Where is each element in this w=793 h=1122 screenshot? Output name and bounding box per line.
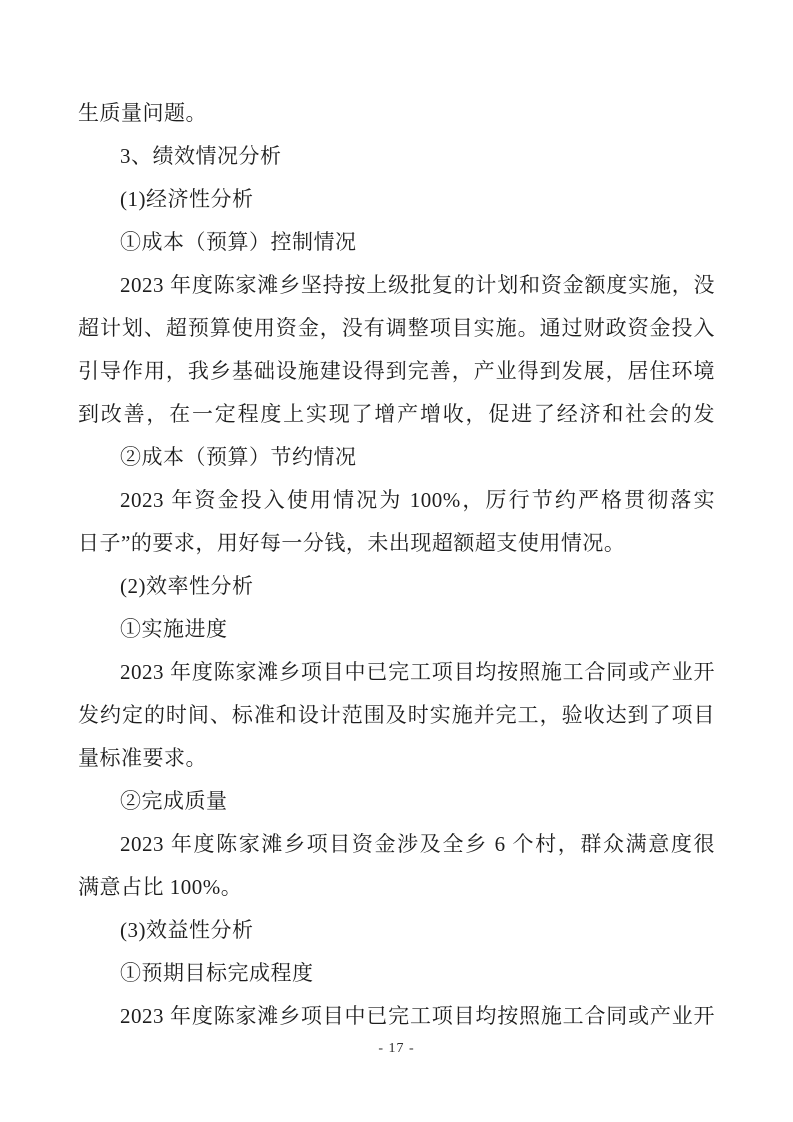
paragraph-line: 量标准要求。 [78, 737, 715, 780]
paragraph-line: 满意占比 100%。 [78, 866, 715, 909]
heading-cost-saving: ②成本（预算）节约情况 [78, 436, 715, 479]
page-number: - 17 - [378, 1041, 414, 1056]
paragraph-line: 引导作用，我乡基础设施建设得到完善，产业得到发展，居住环境得 [78, 350, 715, 393]
paragraph-line: 到改善，在一定程度上实现了增产增收，促进了经济和社会的发展。 [78, 393, 715, 436]
paragraph-line: 2023 年度陈家滩乡项目中已完工项目均按照施工合同或产业开 [78, 651, 715, 694]
paragraph-line: 2023 年资金投入使用情况为 100%，厉行节约严格贯彻落实过“紧 [78, 479, 715, 522]
heading-benefit-analysis: (3)效益性分析 [78, 909, 715, 952]
paragraph-line: 超计划、超预算使用资金，没有调整项目实施。通过财政资金投入和 [78, 307, 715, 350]
paragraph-line: 2023 年度陈家滩乡坚持按上级批复的计划和资金额度实施，没有 [78, 264, 715, 307]
heading-implementation-progress: ①实施进度 [78, 608, 715, 651]
heading-cost-control: ①成本（预算）控制情况 [78, 221, 715, 264]
heading-performance-analysis: 3、绩效情况分析 [78, 135, 715, 178]
paragraph-line: 发约定的时间、标准和设计范围及时实施并完工，验收达到了项目质 [78, 694, 715, 737]
document-body: 生质量问题。 3、绩效情况分析 (1)经济性分析 ①成本（预算）控制情况 202… [78, 92, 715, 1038]
heading-economy-analysis: (1)经济性分析 [78, 178, 715, 221]
paragraph-line: 2023 年度陈家滩乡项目资金涉及全乡 6 个村，群众满意度很高， [78, 823, 715, 866]
page-footer: - 17 - [0, 1038, 793, 1058]
heading-efficiency-analysis: (2)效率性分析 [78, 565, 715, 608]
paragraph-line: 2023 年度陈家滩乡项目中已完工项目均按照施工合同或产业开 [78, 995, 715, 1038]
document-page: 生质量问题。 3、绩效情况分析 (1)经济性分析 ①成本（预算）控制情况 202… [0, 0, 793, 1122]
paragraph-line: 日子”的要求，用好每一分钱，未出现超额超支使用情况。 [78, 522, 715, 565]
heading-expected-goal: ①预期目标完成程度 [78, 952, 715, 995]
heading-completion-quality: ②完成质量 [78, 780, 715, 823]
continuation-line: 生质量问题。 [78, 92, 715, 135]
